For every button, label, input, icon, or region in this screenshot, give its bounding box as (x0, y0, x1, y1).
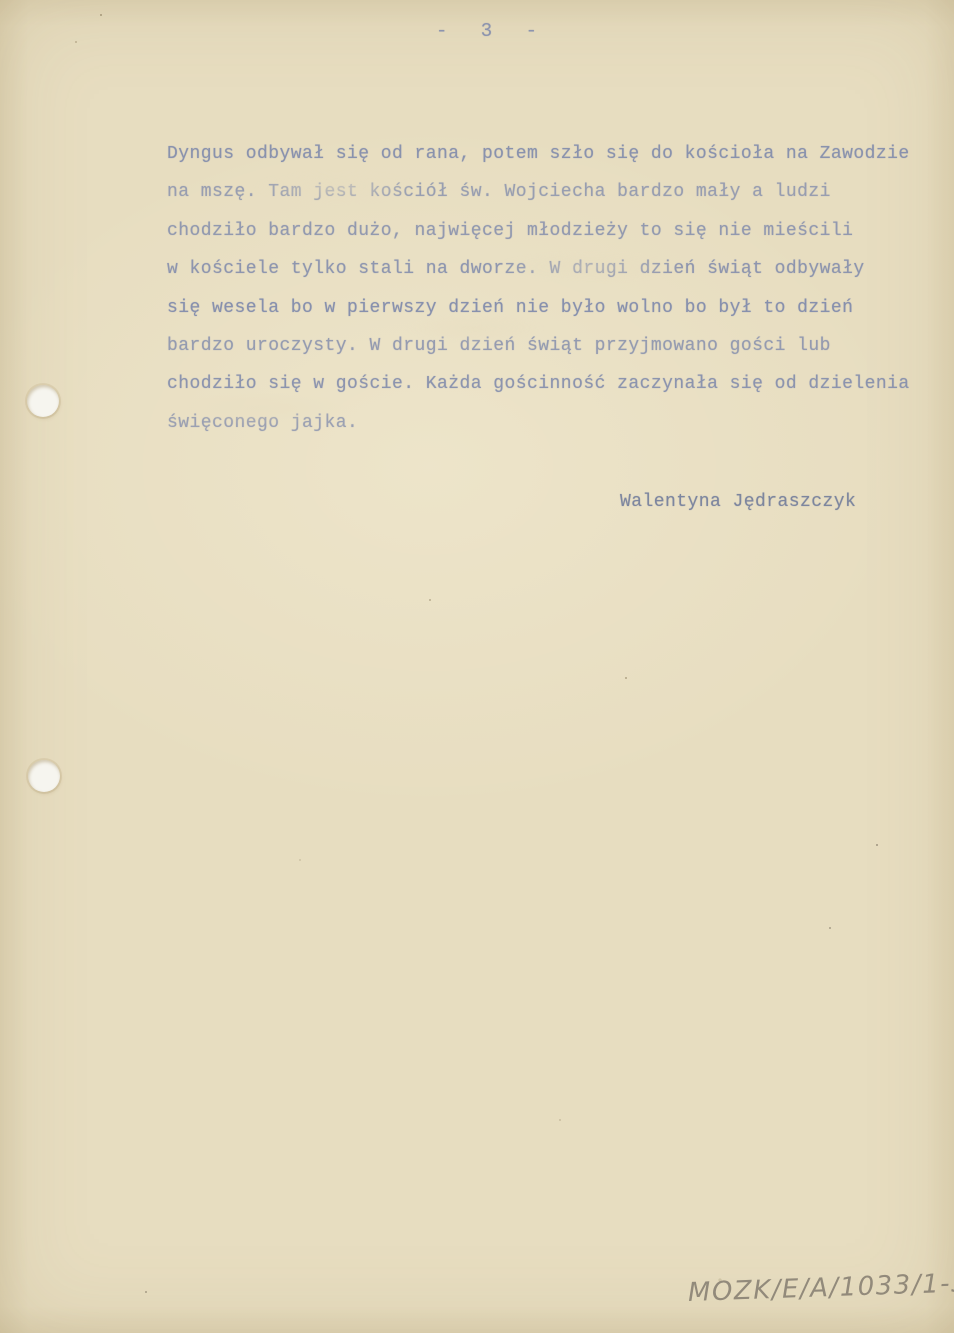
page-number: - 3 - (436, 20, 539, 42)
typewritten-line: święconego jajka. (167, 407, 937, 445)
typewritten-line: w kościele tylko stali na dworze. W drug… (167, 253, 937, 291)
punch-hole-bottom (28, 760, 60, 792)
archival-reference-handwriting: MOZK/E/A/1033/1-3/3 (687, 1267, 954, 1308)
author-signature: Walentyna Jędraszczyk (620, 492, 856, 512)
typewritten-line: bardzo uroczysty. W drugi dzień świąt pr… (167, 330, 937, 368)
typewritten-line: chodziło bardzo dużo, najwięcej młodzież… (167, 215, 937, 253)
typewritten-paragraph: Dyngus odbywał się od rana, potem szło s… (167, 138, 937, 445)
punch-hole-top (27, 385, 59, 417)
typewritten-line: Dyngus odbywał się od rana, potem szło s… (167, 138, 937, 176)
typewritten-line: się wesela bo w pierwszy dzień nie było … (167, 292, 937, 330)
scanned-document-page: { "doc": { "page_number": "- 3 -", "line… (0, 0, 954, 1333)
typewritten-line: na mszę. Tam jest kościół św. Wojciecha … (167, 176, 937, 214)
typewritten-line: chodziło się w goście. Każda gościnność … (167, 368, 937, 406)
